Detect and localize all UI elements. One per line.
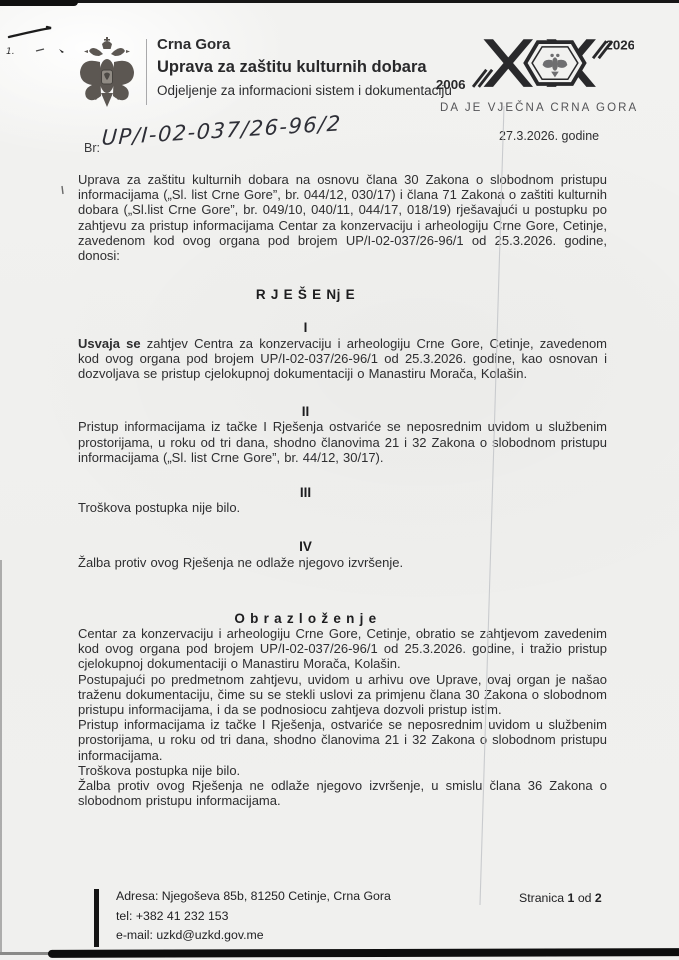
section-4-paragraph: Žalba protiv ovog Rješenja ne odlaže nje… [78,555,607,570]
page-number: Stranica 1 od 2 [519,891,602,905]
org-country: Crna Gora [157,36,452,53]
section-2-paragraph: Pristup informacijama iz tačke I Rješenj… [78,419,607,465]
footer-address: Adresa: Njegoševa 85b, 81250 Cetinje, Cr… [116,887,391,907]
letterhead: Crna Gora Uprava za zaštitu kulturnih do… [0,0,679,120]
explanation-title: O b r a z l o ž e n j e [78,611,533,626]
section-1-paragraph: Usvaja se zahtjev Centra za konzervaciju… [78,336,607,382]
page-number-total: 2 [595,891,602,905]
footer-contact-block: Adresa: Njegoševa 85b, 81250 Cetinje, Cr… [116,887,391,946]
org-department: Odjeljenje za informacioni sistem i doku… [157,83,452,98]
document-date: 27.3.2026. godine [499,129,599,143]
anniversary-logo: 2006 2026 DA JE VJEČNA CRNA GORA [434,33,639,114]
page-number-current: 1 [568,891,575,905]
logo-year-from: 2006 [436,77,466,92]
organization-block: Crna Gora Uprava za zaštitu kulturnih do… [157,36,452,98]
scan-bottom-edge-tail [0,952,52,955]
page-number-prefix: Stranica [519,891,564,905]
letterhead-divider [146,39,147,105]
footer-phone: tel: +382 41 232 153 [116,907,391,927]
section-numeral-2: II [78,404,533,419]
org-agency: Uprava za zaštitu kulturnih dobara [157,58,452,77]
section-3-paragraph: Troškova postupka nije bilo. [78,500,607,515]
explanation-paragraph-5: Žalba protiv ovog Rješenja ne odlaže nje… [78,778,607,808]
decision-title: R J E Š E Nj E [78,287,533,302]
montenegro-coat-of-arms-icon [77,36,137,108]
section-numeral-1: I [78,320,533,335]
reference-number-row: Br:UP/I-02-037/26-96/2 [84,126,341,150]
document-body: Uprava za zaštitu kulturnih dobara na os… [78,172,607,809]
explanation-paragraph-1: Centar za konzervaciju i arheologiju Crn… [78,626,607,672]
section-numeral-4: IV [78,539,533,554]
footer-email: e-mail: uzkd@uzkd.gov.me [116,926,391,946]
explanation-paragraph-2: Postupajući po predmetnom zahtjevu, uvid… [78,672,607,718]
logo-year-to: 2026 [605,38,634,53]
scan-left-edge-artifact [0,560,2,952]
scanned-document-page: Crna Gora Uprava za zaštitu kulturnih do… [0,0,679,960]
explanation-paragraph-3: Pristup informacijama iz tačke I Rješenj… [78,717,607,763]
scan-bottom-edge-artifact [48,948,679,958]
logo-motto: DA JE VJEČNA CRNA GORA [440,102,639,114]
margin-speck [62,186,63,194]
xx-anniversary-icon: 2006 2026 [434,33,634,95]
intro-paragraph: Uprava za zaštitu kulturnih dobara na os… [78,172,607,263]
reference-number-label: Br: [84,141,100,155]
section-numeral-3: III [78,485,533,500]
explanation-paragraph-4: Troškova postupka nije bilo. [78,763,607,778]
page-number-conjunction: od [578,891,592,905]
section-1-text: zahtjev Centra za konzervaciju i arheolo… [78,336,607,381]
section-1-lead: Usvaja se [78,336,141,351]
footer-accent-bar [94,889,99,947]
